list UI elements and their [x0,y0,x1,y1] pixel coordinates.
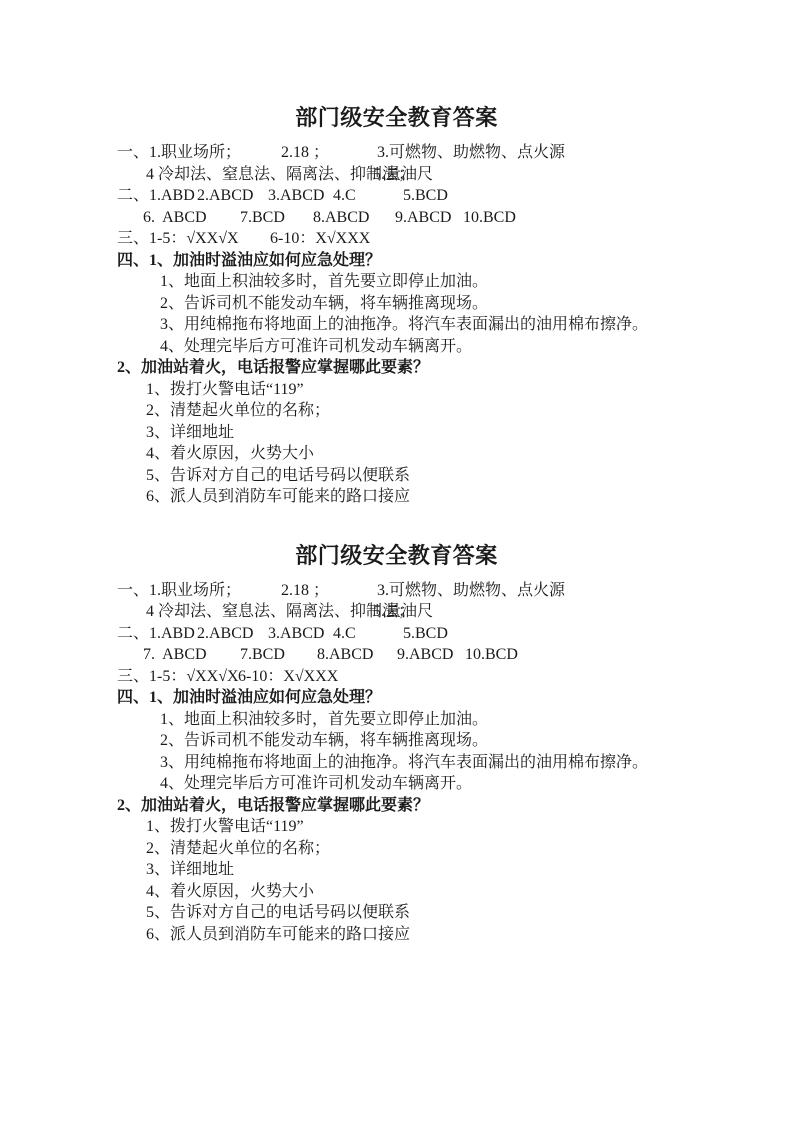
text-segment: 二、1.ABD [117,185,195,207]
text-segment: 4、处理完毕后方可准许司机发动车辆离开。 [160,336,472,358]
question-heading-line: 四、1、加油时溢油应如何应急处理？ [0,250,793,272]
text-line: 5、告诉对方自己的电话号码以便联系 [0,465,793,487]
text-line: 2、清楚起火单位的名称； [0,400,793,422]
answer-sheet-copy-2: 部门级安全教育答案 一、1.职业场所；2.18 ；3.可燃物、助燃物、点火源4 … [0,541,793,946]
text-segment: 8.ABCD [313,207,369,229]
text-line: 6、派人员到消防车可能来的路口接应 [0,924,793,946]
text-segment: 6. ABCD [143,207,207,229]
text-segment: 4.C [333,185,356,207]
text-segment: 2、清楚起火单位的名称； [146,400,330,422]
document-page: 部门级安全教育答案 一、1.职业场所；2.18 ；3.可燃物、助燃物、点火源4 … [0,0,793,1122]
text-line: 7. ABCD7.BCD8.ABCD9.ABCD10.BCD [0,644,793,666]
answer-lines: 一、1.职业场所；2.18 ；3.可燃物、助燃物、点火源4 冷却法、窒息法、隔离… [0,142,793,508]
text-segment: 2、告诉司机不能发动车辆，将车辆推离现场。 [160,293,488,315]
text-line: 3、用纯棉拖布将地面上的油拖净。将汽车表面漏出的油用棉布擦净。 [0,314,793,336]
text-segment: 二、1.ABD [117,623,195,645]
text-segment: 3、详细地址 [146,859,234,881]
text-segment: 10.BCD [465,644,518,666]
text-segment: 5.量油尺 [373,601,433,623]
text-segment: 1、拨打火警电话“119” [146,816,304,838]
answer-sheet-copy-1: 部门级安全教育答案 一、1.职业场所；2.18 ；3.可燃物、助燃物、点火源4 … [0,0,793,508]
text-segment: 4、着火原因，火势大小 [146,881,314,903]
text-line: 6. ABCD7.BCD8.ABCD9.ABCD10.BCD [0,207,793,229]
text-segment: 5.BCD [403,623,448,645]
text-segment: 4、着火原因，火势大小 [146,443,314,465]
question-heading-line: 2、加油站着火，电话报警应掌握哪此要素？ [0,357,793,379]
text-segment: 2.ABCD [197,185,253,207]
text-segment: 三、1-5：√XX√X [117,228,239,250]
text-segment: 三、1-5：√XX√X [117,666,239,688]
text-segment: 2.ABCD [197,623,253,645]
question-heading-line: 2、加油站着火，电话报警应掌握哪此要素？ [0,795,793,817]
text-segment: 3、详细地址 [146,422,234,444]
text-segment: 3、用纯棉拖布将地面上的油拖净。将汽车表面漏出的油用棉布擦净。 [160,752,648,774]
text-segment: 7.BCD [240,644,285,666]
text-line: 4、着火原因，火势大小 [0,443,793,465]
text-segment: 3.可燃物、助燃物、点火源 [377,580,565,602]
text-segment: 四、1、加油时溢油应如何应急处理？ [117,687,381,709]
text-segment: 8.ABCD [317,644,373,666]
text-line: 4 冷却法、窒息法、隔离法、抑制法；5.量油尺 [0,164,793,186]
text-line: 1、地面上积油较多时，首先要立即停止加油。 [0,709,793,731]
text-line: 二、1.ABD2.ABCD3.ABCD4.C5.BCD [0,185,793,207]
text-line: 三、1-5：√XX√X6-10：X√XXX [0,666,793,688]
text-segment: 2.18 ； [281,142,329,164]
text-segment: 3、用纯棉拖布将地面上的油拖净。将汽车表面漏出的油用棉布擦净。 [160,314,648,336]
text-line: 3、详细地址 [0,422,793,444]
text-segment: 四、1、加油时溢油应如何应急处理？ [117,250,381,272]
text-segment: 1、地面上积油较多时，首先要立即停止加油。 [160,271,488,293]
text-segment: 5.BCD [403,185,448,207]
text-line: 一、1.职业场所；2.18 ；3.可燃物、助燃物、点火源 [0,142,793,164]
text-line: 2、清楚起火单位的名称； [0,838,793,860]
text-segment: 6-10：X√XXX [270,228,370,250]
text-line: 4、处理完毕后方可准许司机发动车辆离开。 [0,773,793,795]
text-segment: 6、派人员到消防车可能来的路口接应 [146,924,410,946]
page-title: 部门级安全教育答案 [0,541,793,571]
text-segment: 2、加油站着火，电话报警应掌握哪此要素？ [117,795,429,817]
text-line: 2、告诉司机不能发动车辆，将车辆推离现场。 [0,730,793,752]
text-line: 4、处理完毕后方可准许司机发动车辆离开。 [0,336,793,358]
text-line: 4、着火原因，火势大小 [0,881,793,903]
text-line: 4 冷却法、窒息法、隔离法、抑制法；5.量油尺 [0,601,793,623]
answer-lines: 一、1.职业场所；2.18 ；3.可燃物、助燃物、点火源4 冷却法、窒息法、隔离… [0,580,793,946]
text-segment: 7. ABCD [143,644,207,666]
text-line: 3、用纯棉拖布将地面上的油拖净。将汽车表面漏出的油用棉布擦净。 [0,752,793,774]
text-segment: 2、告诉司机不能发动车辆，将车辆推离现场。 [160,730,488,752]
text-line: 5、告诉对方自己的电话号码以便联系 [0,902,793,924]
text-segment: 2、加油站着火，电话报警应掌握哪此要素？ [117,357,429,379]
text-segment: 9.ABCD [395,207,451,229]
question-heading-line: 四、1、加油时溢油应如何应急处理？ [0,687,793,709]
text-segment: 1、拨打火警电话“119” [146,379,304,401]
text-segment: 4.C [333,623,356,645]
text-segment: 4、处理完毕后方可准许司机发动车辆离开。 [160,773,472,795]
text-segment: 10.BCD [463,207,516,229]
text-segment: 9.ABCD [397,644,453,666]
text-line: 2、告诉司机不能发动车辆，将车辆推离现场。 [0,293,793,315]
text-segment: 7.BCD [240,207,285,229]
text-segment: 6-10：X√XXX [238,666,338,688]
text-segment: 2、清楚起火单位的名称； [146,838,330,860]
text-segment: 6、派人员到消防车可能来的路口接应 [146,486,410,508]
text-segment: 2.18 ； [281,580,329,602]
text-segment: 5.量油尺 [373,164,433,186]
text-segment: 一、1.职业场所； [117,142,241,164]
text-segment: 3.ABCD [268,185,324,207]
page-title: 部门级安全教育答案 [0,103,793,133]
text-segment: 5、告诉对方自己的电话号码以便联系 [146,902,410,924]
text-line: 二、1.ABD2.ABCD3.ABCD4.C5.BCD [0,623,793,645]
text-line: 6、派人员到消防车可能来的路口接应 [0,486,793,508]
text-line: 1、拨打火警电话“119” [0,379,793,401]
text-segment: 5、告诉对方自己的电话号码以便联系 [146,465,410,487]
text-line: 三、1-5：√XX√X6-10：X√XXX [0,228,793,250]
text-line: 3、详细地址 [0,859,793,881]
text-segment: 1、地面上积油较多时，首先要立即停止加油。 [160,709,488,731]
text-segment: 一、1.职业场所； [117,580,241,602]
text-line: 1、地面上积油较多时，首先要立即停止加油。 [0,271,793,293]
text-line: 一、1.职业场所；2.18 ；3.可燃物、助燃物、点火源 [0,580,793,602]
text-segment: 3.可燃物、助燃物、点火源 [377,142,565,164]
text-segment: 3.ABCD [268,623,324,645]
text-line: 1、拨打火警电话“119” [0,816,793,838]
